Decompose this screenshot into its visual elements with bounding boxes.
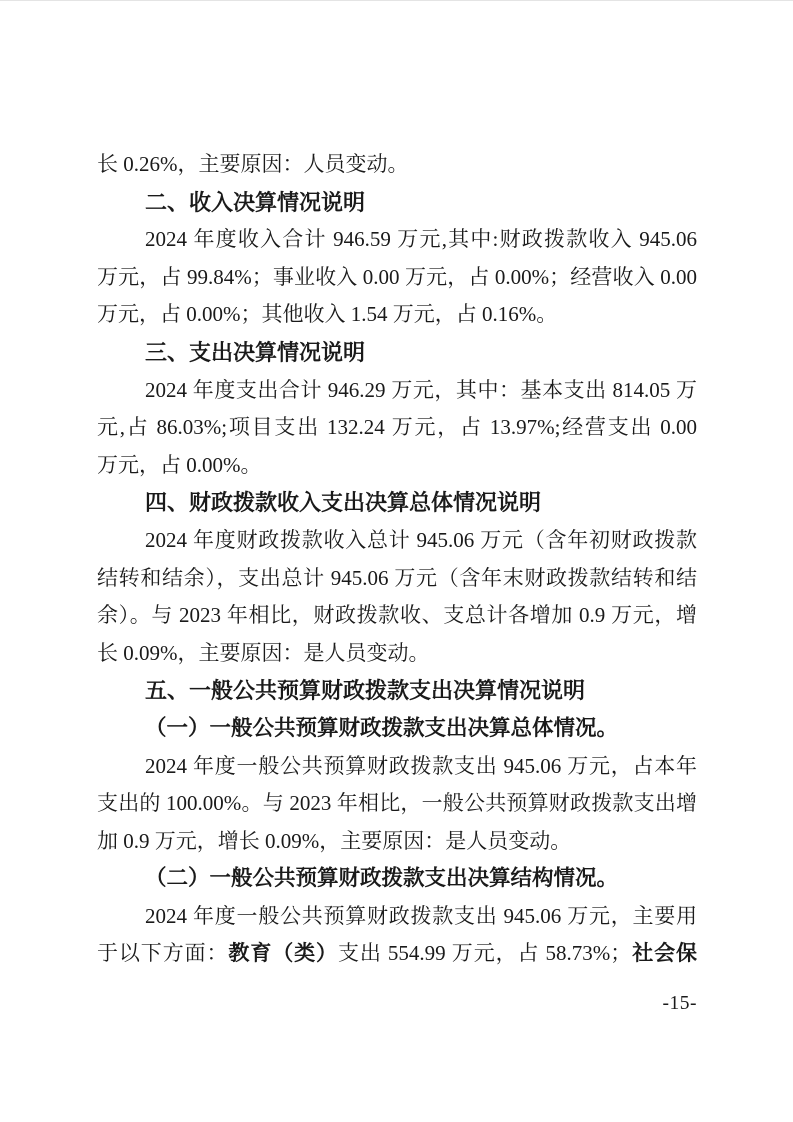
paragraph-line: 支出的 100.00%。与 2023 年相比，一般公共预算财政拨款支出增 bbox=[97, 785, 697, 823]
paragraph-line: 余）。与 2023 年相比，财政拨款收、支总计各增加 0.9 万元，增 bbox=[97, 597, 697, 635]
text-segment-bold-education: 教育（类） bbox=[228, 941, 338, 965]
section-heading-expenditure: 三、支出决算情况说明 bbox=[97, 334, 697, 372]
paragraph-line: 2024 年度收入合计 946.59 万元,其中:财政拨款收入 945.06 bbox=[97, 221, 697, 259]
paragraph-line: 万元，占 99.84%；事业收入 0.00 万元，占 0.00%；经营收入 0.… bbox=[97, 259, 697, 297]
paragraph-line: 2024 年度财政拨款收入总计 945.06 万元（含年初财政拨款 bbox=[97, 522, 697, 560]
paragraph-line: 万元，占 0.00%。 bbox=[97, 447, 697, 485]
paragraph-line: 2024 年度支出合计 946.29 万元，其中：基本支出 814.05 万 bbox=[97, 372, 697, 410]
paragraph-line-mixed: 于以下方面：教育（类）支出 554.99 万元，占 58.73%；社会保 bbox=[97, 935, 697, 973]
subsection-heading-total: （一）一般公共预算财政拨款支出决算总体情况。 bbox=[97, 710, 697, 748]
paragraph-line: 结转和结余），支出总计 945.06 万元（含年末财政拨款结转和结 bbox=[97, 560, 697, 598]
page-top-edge bbox=[0, 0, 793, 1]
paragraph-line: 2024 年度一般公共预算财政拨款支出 945.06 万元，占本年 bbox=[97, 748, 697, 786]
paragraph-line: 万元，占 0.00%；其他收入 1.54 万元，占 0.16%。 bbox=[97, 296, 697, 334]
section-heading-general-budget: 五、一般公共预算财政拨款支出决算情况说明 bbox=[97, 672, 697, 710]
text-segment: 支出 554.99 万元，占 58.73%； bbox=[338, 941, 631, 965]
page-content: 长 0.26%，主要原因：人员变动。 二、收入决算情况说明 2024 年度收入合… bbox=[97, 146, 697, 973]
text-segment: 于以下方面： bbox=[97, 941, 228, 965]
paragraph-line: 2024 年度一般公共预算财政拨款支出 945.06 万元，主要用 bbox=[97, 898, 697, 936]
page-number: -15- bbox=[97, 993, 697, 1015]
subsection-heading-structure: （二）一般公共预算财政拨款支出决算结构情况。 bbox=[97, 860, 697, 898]
paragraph-line: 长 0.09%，主要原因：是人员变动。 bbox=[97, 635, 697, 673]
paragraph-line-tail: 长 0.26%，主要原因：人员变动。 bbox=[97, 146, 697, 184]
paragraph-line: 元,占 86.03%;项目支出 132.24 万元，占 13.97%;经营支出 … bbox=[97, 409, 697, 447]
paragraph-line: 加 0.9 万元，增长 0.09%，主要原因：是人员变动。 bbox=[97, 823, 697, 861]
text-segment-bold-social-security: 社会保 bbox=[631, 941, 697, 965]
section-heading-fiscal-total: 四、财政拨款收入支出决算总体情况说明 bbox=[97, 484, 697, 522]
section-heading-income: 二、收入决算情况说明 bbox=[97, 184, 697, 222]
